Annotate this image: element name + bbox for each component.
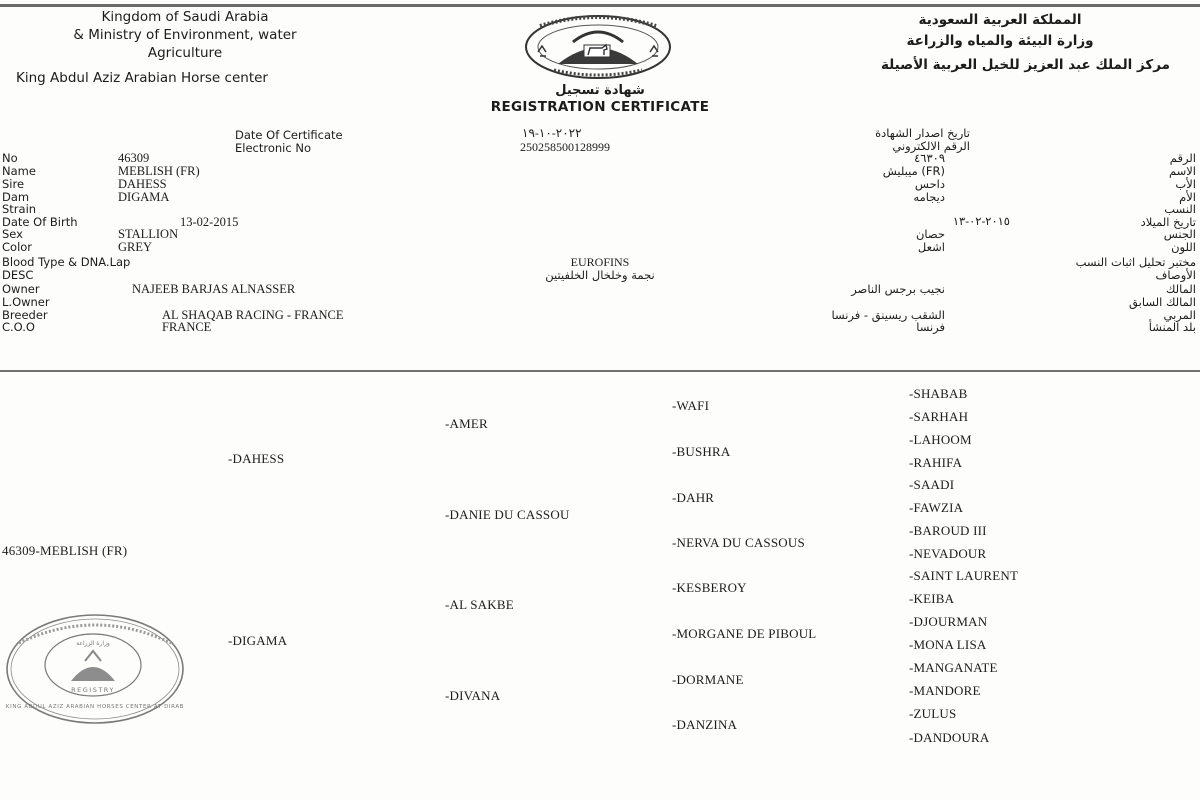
pedigree-gen4: -SAINT LAURENT bbox=[909, 569, 1018, 583]
field-label: DESC bbox=[2, 269, 33, 282]
header-en-line2: & Ministry of Environment, water bbox=[0, 26, 370, 44]
field-label-ar: اللون bbox=[1171, 241, 1196, 254]
field-label: C.O.O bbox=[2, 321, 35, 334]
pedigree-gen3: -DAHR bbox=[672, 491, 714, 505]
header-arabic: المملكة العربية السعودية وزارة البيئة وا… bbox=[830, 10, 1170, 76]
date-of-certificate-label: Date Of Certificate bbox=[235, 128, 343, 142]
header-ar-center: مركز الملك عبد العزيز للخيل العربية الأص… bbox=[830, 55, 1170, 76]
pedigree-gen4: -RAHIFA bbox=[909, 456, 962, 470]
pedigree-gen4: -DANDOURA bbox=[909, 731, 990, 745]
field-row-owner: Owner NAJEEB BARJAS ALNASSER نجيب برجس ا… bbox=[0, 283, 1200, 296]
header-ar-line1: المملكة العربية السعودية bbox=[830, 10, 1170, 31]
field-value: NAJEEB BARJAS ALNASSER bbox=[132, 283, 295, 296]
pedigree-gen4: -SARHAH bbox=[909, 410, 968, 424]
field-row-coo: C.O.O FRANCE فرنسا بلد المنشأ bbox=[0, 321, 1200, 334]
pedigree-gen2: -DANIE DU CASSOU bbox=[445, 508, 570, 522]
pedigree-gen4: -SAADI bbox=[909, 478, 954, 492]
field-value: GREY bbox=[118, 241, 152, 254]
field-value-ar: نجيب برجس الناصر bbox=[851, 283, 945, 296]
svg-text:REGISTRY: REGISTRY bbox=[71, 686, 115, 694]
date-of-certificate-label-ar: تاريخ اصدار الشهادة bbox=[875, 126, 970, 140]
pedigree-gen4: -ZULUS bbox=[909, 707, 956, 721]
pedigree-gen4: -DJOURMAN bbox=[909, 615, 987, 629]
field-row-sire: Sire DAHESS داحس الأب bbox=[0, 178, 1200, 191]
pedigree-gen4: -MANGANATE bbox=[909, 661, 998, 675]
pedigree-gen3: -NERVA DU CASSOUS bbox=[672, 536, 805, 550]
pedigree-gen4: -BAROUD III bbox=[909, 524, 987, 538]
pedigree-gen3: -WAFI bbox=[672, 399, 709, 413]
pedigree-sire: -DAHESS bbox=[228, 452, 284, 466]
arabian-horse-emblem-icon bbox=[518, 12, 678, 82]
pedigree-gen4: -LAHOOM bbox=[909, 433, 972, 447]
pedigree-gen3: -DANZINA bbox=[672, 718, 737, 732]
svg-text:KING ABDUL AZIZ ARABIAN HORSES: KING ABDUL AZIZ ARABIAN HORSES CENTER AT… bbox=[6, 704, 184, 710]
field-row-sex: Sex STALLION حصان الجنس bbox=[0, 228, 1200, 241]
pedigree-gen3: -MORGANE DE PIBOUL bbox=[672, 627, 816, 641]
field-value-ar: فرنسا bbox=[916, 321, 945, 334]
pedigree-gen4: -SHABAB bbox=[909, 387, 967, 401]
pedigree-gen3: -DORMANE bbox=[672, 673, 744, 687]
pedigree-gen4: -KEIBA bbox=[909, 592, 954, 606]
field-label-ar: الأوصاف bbox=[1156, 269, 1197, 282]
pedigree-dam: -DIGAMA bbox=[228, 634, 287, 648]
field-label: Color bbox=[2, 241, 32, 254]
certificate-title: REGISTRATION CERTIFICATE bbox=[0, 99, 1200, 115]
pedigree-gen3: -BUSHRA bbox=[672, 445, 730, 459]
field-value-ar: اشعل bbox=[918, 241, 945, 254]
pedigree-gen4: -MANDORE bbox=[909, 684, 981, 698]
certificate-title-arabic: شهادة تسجيل bbox=[0, 83, 1200, 98]
section-divider bbox=[0, 370, 1200, 372]
header-english: Kingdom of Saudi Arabia & Ministry of En… bbox=[0, 8, 370, 87]
pedigree-subject: 46309-MEBLISH (FR) bbox=[2, 544, 127, 558]
pedigree-gen3: -KESBEROY bbox=[672, 581, 747, 595]
header-en-line3: Agriculture bbox=[0, 44, 370, 62]
field-row-name: Name MEBLISH (FR) (FR) ميبليش الاسم bbox=[0, 165, 1200, 178]
pedigree-gen2: -AMER bbox=[445, 417, 488, 431]
field-value: FRANCE bbox=[162, 321, 211, 334]
header-en-line1: Kingdom of Saudi Arabia bbox=[0, 8, 370, 26]
svg-text:وزارة الزراعة: وزارة الزراعة bbox=[76, 640, 110, 647]
field-row-desc: DESC نجمة وخلخال الخلفيتين الأوصاف bbox=[0, 269, 1200, 282]
header-ar-line2: وزارة البيئة والمياه والزراعة bbox=[830, 31, 1170, 52]
field-row-color: Color GREY اشعل اللون bbox=[0, 241, 1200, 254]
pedigree-gen4: -MONA LISA bbox=[909, 638, 986, 652]
pedigree-gen4: -FAWZIA bbox=[909, 501, 963, 515]
pedigree-gen2: -DIVANA bbox=[445, 689, 500, 703]
pedigree-gen4: -NEVADOUR bbox=[909, 547, 986, 561]
date-of-certificate-value: ٢٠٢٢-١٠-١٩ bbox=[522, 126, 582, 141]
field-value: نجمة وخلخال الخلفيتين bbox=[500, 269, 700, 282]
pedigree-gen2: -AL SAKBE bbox=[445, 598, 514, 612]
registry-stamp-icon: وزارة الزراعة REGISTRY KING ABDUL AZIZ A… bbox=[5, 613, 185, 725]
top-border-line bbox=[0, 4, 1200, 7]
field-label-ar: بلد المنشأ bbox=[1149, 321, 1196, 334]
